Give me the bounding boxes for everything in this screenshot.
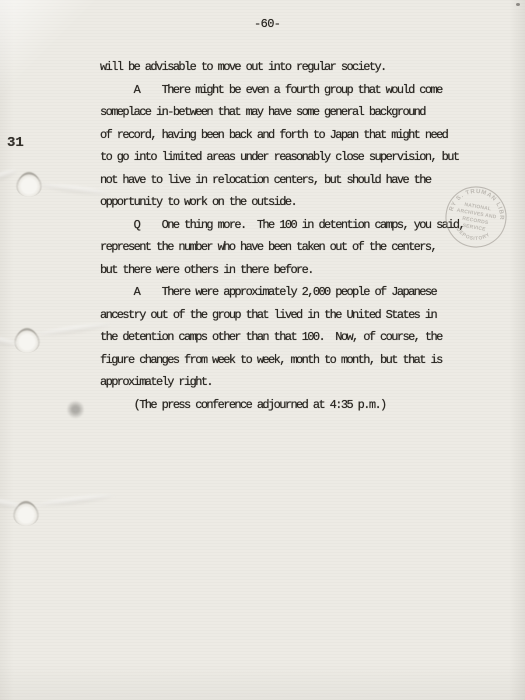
typewritten-line: approximately right. [100, 371, 480, 394]
paper-crease [36, 492, 114, 508]
typewritten-line: opportunity to work on the outside. [100, 191, 480, 214]
hole-punch [13, 327, 41, 353]
typewritten-line: Q One thing more. The 100 in detention c… [100, 214, 480, 237]
hole-punch [15, 171, 43, 197]
typewritten-line: the detention camps other than that 100.… [100, 326, 480, 349]
document-page: -60- 31 will be advisable to move out in… [0, 0, 525, 700]
page-number: -60- [254, 17, 280, 31]
typewritten-line: ancestry out of the group that lived in … [100, 304, 480, 327]
document-body: will be advisable to move out into regul… [100, 56, 480, 416]
typewritten-line: not have to live in relocation centers, … [100, 169, 480, 192]
typewritten-line: will be advisable to move out into regul… [100, 56, 480, 79]
typewritten-line: (The press conference adjourned at 4:35 … [100, 394, 480, 417]
typewritten-line: someplace in-between that may have some … [100, 101, 480, 124]
margin-note: 31 [7, 135, 24, 151]
pencil-smudge [67, 400, 84, 419]
typewritten-line: of record, having been back and forth to… [100, 124, 480, 147]
typewritten-line: but there were others in there before. [100, 259, 480, 282]
typewritten-line: represent the number who have been taken… [100, 236, 480, 259]
typewritten-line: A There were approximately 2,000 people … [100, 281, 480, 304]
typewritten-line: A There might be even a fourth group tha… [100, 79, 480, 102]
archive-stamp: HARRY S. TRUMAN LIBRARY DEPOSITORY NATIO… [430, 171, 523, 264]
typewritten-line: to go into limited areas under reasonabl… [100, 146, 480, 169]
typewritten-line: figure changes from week to week, month … [100, 349, 480, 372]
paper-speck [516, 3, 520, 6]
